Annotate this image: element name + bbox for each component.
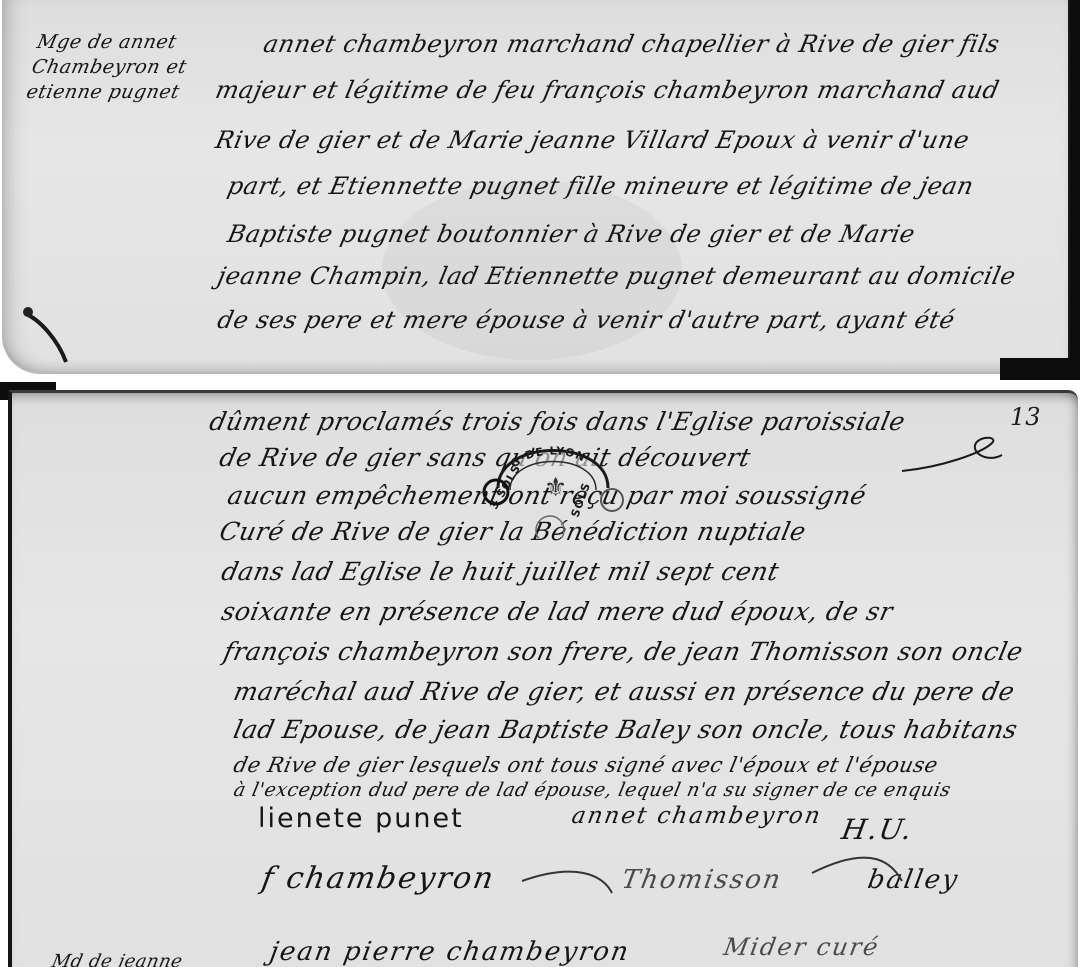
- record-line: de ses pere et mere épouse à venir d'aut…: [215, 306, 957, 334]
- signature: lienete punet: [258, 803, 464, 834]
- record-line: annet chambeyron marchand chapellier à R…: [261, 30, 1002, 58]
- tax-stamp-seal: G·DE LYON 3 SOLS SOLS ⚜: [478, 418, 628, 538]
- signature: annet chambeyron: [570, 803, 824, 829]
- record-line: majeur et légitime de feu françois chamb…: [213, 76, 1002, 104]
- record-line: Baptiste pugnet boutonnier à Rive de gie…: [225, 220, 918, 248]
- scan-edge-block: [1000, 358, 1080, 380]
- signature-cure: Mider curé: [722, 933, 882, 961]
- record-line: soixante en présence de lad mere dud épo…: [219, 597, 896, 626]
- signature: f chambeyron: [259, 861, 498, 896]
- margin-note-line: etienne pugnet: [24, 81, 181, 103]
- scan-edge-strip: [1070, 0, 1080, 380]
- signature-flourish: [512, 833, 912, 913]
- stamp-lower-medallion: [536, 516, 564, 538]
- record-line: dans lad Eglise le huit juillet mil sept…: [219, 557, 782, 586]
- record-line: lad Epouse, de jean Baptiste Baley son o…: [231, 715, 1020, 744]
- record-line: Rive de gier et de Marie jeanne Villard …: [213, 126, 972, 154]
- record-line: jeanne Champin, lad Etiennette pugnet de…: [215, 262, 1018, 290]
- margin-note-line: Chambeyron et: [30, 56, 189, 78]
- next-entry-margin-note: Md de jeanne: [49, 949, 185, 967]
- paraph-flourish: [892, 433, 1012, 483]
- record-line: maréchal aud Rive de gier, et aussi en p…: [231, 677, 1018, 706]
- paper-curl-mark: [20, 300, 80, 370]
- margin-note-line: Mge de annet: [35, 31, 179, 53]
- record-line: à l'exception dud pere de lad épouse, le…: [232, 779, 953, 801]
- stamp-scroll-right: [601, 489, 623, 511]
- signature: jean pierre chambeyron: [267, 937, 632, 967]
- record-line: françois chambeyron son frere, de jean T…: [221, 637, 1026, 666]
- margin-note: Mge de annet Chambeyron et etienne pugne…: [24, 30, 194, 105]
- register-page-top: Mge de annet Chambeyron et etienne pugne…: [2, 0, 1071, 374]
- record-line: de Rive de gier lesquels ont tous signé …: [231, 753, 940, 777]
- fleur-de-lis-icon: ⚜: [544, 473, 567, 503]
- record-line: part, et Etiennette pugnet fille mineure…: [225, 172, 976, 200]
- page-number: 13: [1010, 403, 1041, 431]
